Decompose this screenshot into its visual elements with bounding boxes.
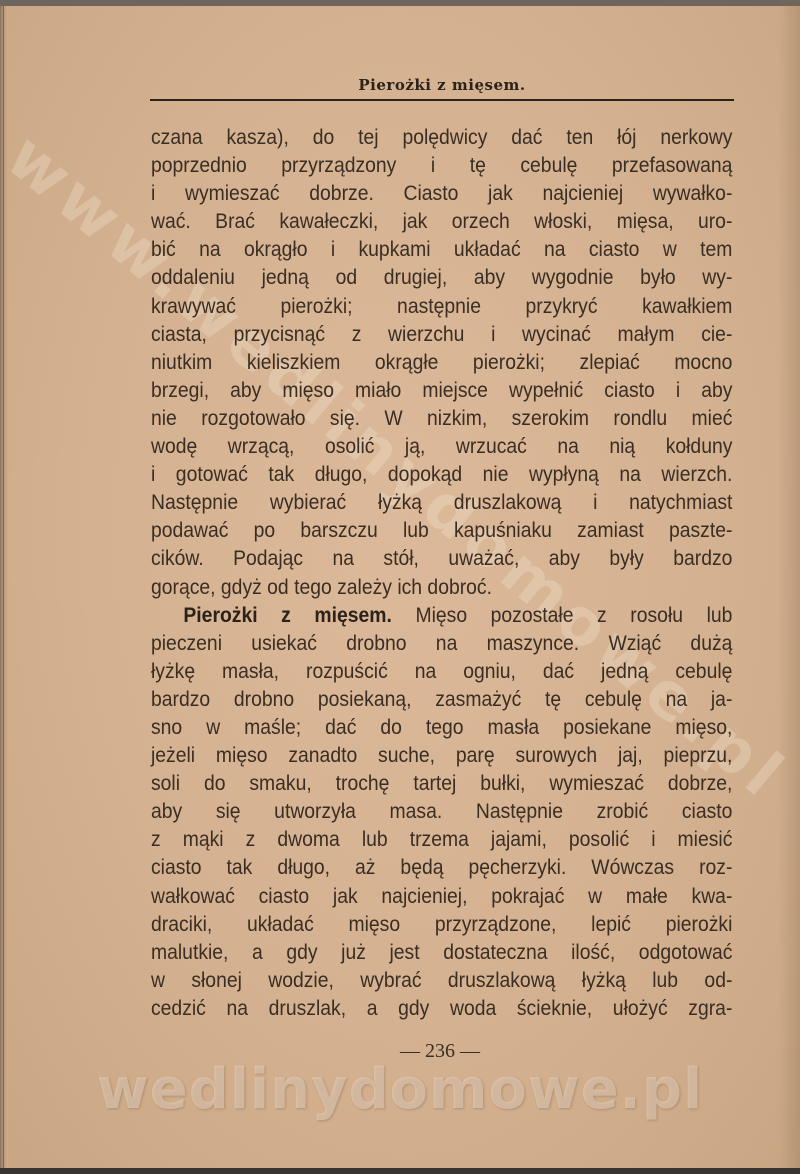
text-line: soli do smaku, trochę tartej bułki, wymi… — [151, 769, 732, 797]
text-line: czana kasza), do tej polędwicy dać ten ł… — [151, 123, 732, 151]
text-line: wać. Brać kawałeczki, jak orzech włoski,… — [151, 207, 732, 235]
text-line: aby się utworzyła masa. Następnie zrobić… — [151, 797, 732, 825]
text-line: krawywać pierożki; następnie przykryć ka… — [151, 292, 732, 320]
text-line: gorące, gdyż od tego zależy ich dobroć. — [151, 573, 732, 601]
header-rule — [150, 99, 734, 101]
top-page-edge — [0, 0, 800, 6]
text-line: jeżeli mięso zanadto suche, parę surowyc… — [151, 741, 732, 769]
text-line: bardzo drobno posiekaną, zasmażyć tę ceb… — [151, 685, 732, 713]
body-text: czana kasza), do tej polędwicy dać ten ł… — [151, 123, 675, 1022]
text-line: cików. Podając na stół, uważać, aby były… — [151, 544, 732, 572]
text-line: wodę wrzącą, osolić ją, wrzucać na nią k… — [151, 432, 732, 460]
text-line: i wymieszać dobrze. Ciasto jak najcienie… — [151, 179, 732, 207]
text-line: i gotować tak długo, dopokąd nie wypłyną… — [151, 460, 732, 488]
text-line: sno w maśle; dać do tego masła posiekane… — [151, 713, 732, 741]
text-line: oddaleniu jedną od drugiej, aby wygodnie… — [151, 263, 732, 291]
section-first-line-text: Mięso pozostałe z rosołu lub — [415, 603, 732, 627]
text-line: Następnie wybierać łyżką druszlakową i n… — [151, 488, 732, 516]
text-line: nie rozgotowało się. W nizkim, szerokim … — [151, 404, 732, 432]
right-page-edge — [778, 0, 800, 1174]
text-line: z mąki z dwoma lub trzema jajami, posoli… — [151, 825, 732, 853]
text-line: poprzednio przyrządzony i tę cebulę prze… — [151, 151, 732, 179]
text-line: ciasto tak długo, aż będą pęcherzyki. Wó… — [151, 853, 732, 881]
text-line: brzegi, aby mięso miało miejsce wypełnić… — [151, 376, 732, 404]
text-line: łyżkę masła, rozpuścić na ogniu, dać jed… — [151, 657, 732, 685]
text-line: pieczeni usiekać drobno na maszynce. Wzi… — [151, 629, 732, 657]
text-line: niutkim kieliszkiem okrągłe pierożki; zl… — [151, 348, 732, 376]
text-line: cedzić na druszlak, a gdy woda ścieknie,… — [151, 994, 732, 1022]
text-line: w słonej wodzie, wybrać druszlakową łyżk… — [151, 966, 732, 994]
bottom-page-edge — [0, 1168, 800, 1174]
running-head: Pierożki z mięsem. — [150, 76, 734, 94]
bottom-watermark: wedlinydomowe.pl — [80, 1057, 720, 1122]
text-line: draciki, układać mięso przyrządzone, lep… — [151, 910, 732, 938]
book-page: www.wedlinydomowe.pl Pierożki z mięsem. … — [0, 0, 800, 1174]
text-line: bić na okrągło i kupkami układać na cias… — [151, 235, 732, 263]
text-line: wałkować ciasto jak najcieniej, pokrajać… — [151, 882, 732, 910]
text-line: ciasta, przycisnąć z wierzchu i wycinać … — [151, 320, 732, 348]
text-line: malutkie, a gdy już jest dostateczna ilo… — [151, 938, 732, 966]
section-first-line: Pierożki z mięsem. Mięso pozostałe z ros… — [151, 601, 732, 629]
text-line: podawać po barszczu lub kapuśniaku zamia… — [151, 516, 732, 544]
section-title: Pierożki z mięsem. — [183, 603, 391, 627]
